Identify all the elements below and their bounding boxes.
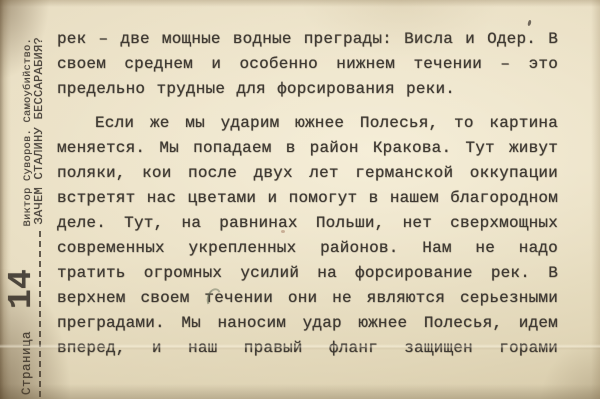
scanned-book-page: { "sidebar": { "page_label": "Страница",… [0, 0, 600, 399]
text-line: Если же мы ударим южнее Полесья, то карт… [57, 111, 558, 136]
text-line: тратить огромных усилий на форсирование … [57, 261, 558, 286]
ink-speck [527, 20, 532, 27]
scan-edge-shadow-top [0, 0, 600, 7]
text-line: вперед, и наш правый фланг защищен горам… [57, 336, 558, 361]
margin-line-author: Страница 14 Виктор Суворов. Самоубийство… [5, 0, 28, 399]
paper-speck [281, 230, 285, 233]
scan-edge-shadow-right [591, 0, 600, 399]
text-line: преградами. Мы наносим удар южнее Полесь… [57, 311, 558, 336]
text-line: встретят нас цветами и помогут в нашем б… [57, 186, 558, 211]
book-page: Страница 14 Виктор Суворов. Самоубийство… [0, 0, 600, 399]
margin-annotations: Страница 14 Виктор Суворов. Самоубийство… [5, 0, 51, 399]
dashed-rule [39, 231, 41, 397]
text-line: предельно трудные для форсирования реки. [57, 77, 558, 102]
text-line: деле. Тут, на равнинах Польши, нет сверх… [57, 211, 558, 236]
chapter-heading: ЗАЧЕМ СТАЛИНУ БЕССАРАБИЯ? [32, 37, 46, 225]
text-line: верхнем своем течении они не являются се… [57, 286, 558, 311]
text-line: своем среднем и особенно нижнем течении … [57, 52, 558, 77]
text-line: рек – две мощные водные преграды: Висла … [57, 27, 558, 52]
page-text: рек – две мощные водные преграды: Висла … [57, 27, 558, 361]
page-number: 14 [5, 269, 38, 309]
text-line: поляки, кои после двух лет германской ок… [57, 161, 558, 186]
scan-edge-shadow-bottom [0, 384, 600, 399]
page-label: Страница [20, 331, 34, 395]
text-line: меняется. Мы попадаем в район Кракова. Т… [57, 136, 558, 161]
text-line: современных укрепленных районов. Нам не … [57, 236, 558, 261]
